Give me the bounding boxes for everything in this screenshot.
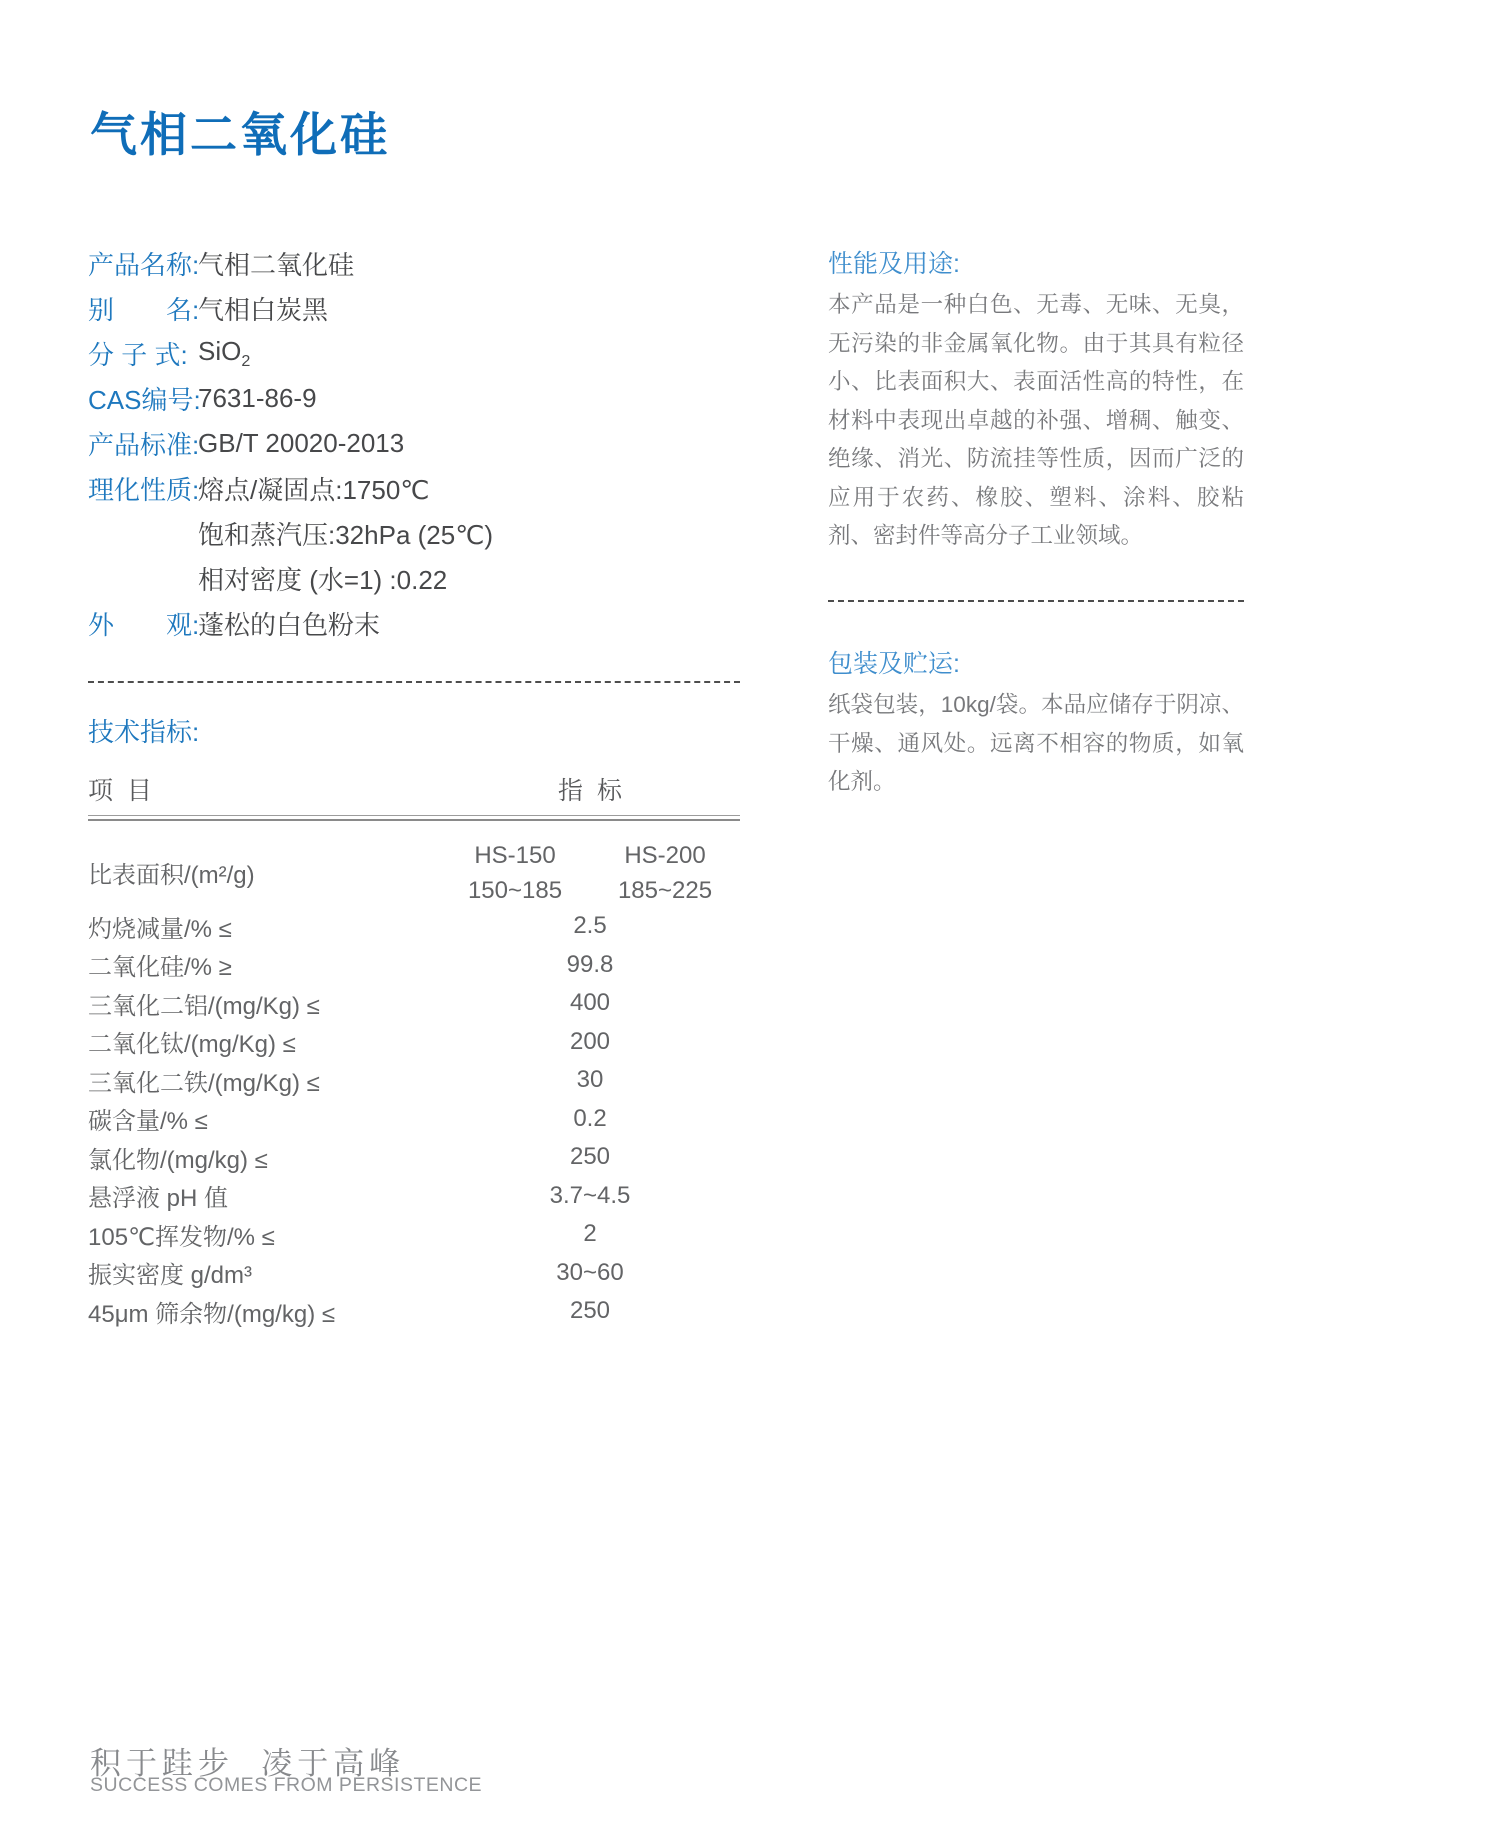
info-row-appearance: 外 观: 蓬松的白色粉末 [88, 601, 748, 646]
table-row: 二氧化硅/% ≥ 99.8 [88, 946, 740, 985]
table-row: 45μm 筛余物/(mg/kg) ≤ 250 [88, 1292, 740, 1331]
row-value: 30 [440, 1066, 740, 1094]
grade-col-hs200: HS-200 185~225 [590, 837, 740, 907]
row-item-label: 比表面积/(m²/g) [88, 855, 440, 890]
row-item-label: 碳含量/% ≤ [88, 1101, 440, 1136]
info-value: 气相白炭黑 [198, 290, 328, 327]
dashed-divider-left [88, 681, 740, 683]
info-label: 产品标准: [88, 425, 198, 462]
table-row: 振实密度 g/dm³ 30~60 [88, 1254, 740, 1293]
row-value: 250 [440, 1143, 740, 1171]
row-value: 400 [440, 989, 740, 1017]
grade-name: HS-200 [590, 837, 740, 875]
row-value: 3.7~4.5 [440, 1182, 740, 1210]
performance-paragraph: 本产品是一种白色、无毒、无味、无臭，无污染的非金属氧化物。由于其具有粒径小、比表… [828, 286, 1244, 556]
section-heading-packaging: 包装及贮运: [828, 644, 960, 680]
table-row-surface-area: 比表面积/(m²/g) HS-150 150~185 HS-200 185~22… [88, 821, 740, 907]
info-value: 饱和蒸汽压:32hPa (25℃) [198, 515, 493, 552]
section-heading-performance: 性能及用途: [828, 244, 960, 280]
spec-table: 项 目 指 标 比表面积/(m²/g) HS-150 150~185 HS-20… [88, 766, 740, 1331]
info-value: SiO2 [198, 336, 250, 371]
page-title: 气相二氧化硅 [90, 98, 390, 165]
table-row: 氯化物/(mg/kg) ≤ 250 [88, 1138, 740, 1177]
table-row: 二氧化钛/(mg/Kg) ≤ 200 [88, 1023, 740, 1062]
spec-table-header: 项 目 指 标 [88, 766, 740, 812]
column-header-value: 指 标 [440, 771, 740, 807]
footer-slogan-english: SUCCESS COMES FROM PERSISTENCE [90, 1774, 482, 1797]
grade-columns: HS-150 150~185 HS-200 185~225 [440, 837, 740, 907]
section-heading-specs: 技术指标: [88, 712, 199, 749]
info-label: CAS编号: [88, 380, 198, 417]
info-row-product-name: 产品名称: 气相二氧化硅 [88, 241, 748, 286]
formula-subscript: 2 [241, 352, 250, 370]
product-info-list: 产品名称: 气相二氧化硅 别 名: 气相白炭黑 分 子 式: SiO2 CAS编… [88, 241, 748, 646]
info-value: 相对密度 (水=1) :0.22 [198, 560, 447, 597]
info-row-cas: CAS编号: 7631-86-9 [88, 376, 748, 421]
grade-col-hs150: HS-150 150~185 [440, 837, 590, 907]
row-item-label: 三氧化二铁/(mg/Kg) ≤ [88, 1063, 440, 1098]
row-item-label: 105℃挥发物/% ≤ [88, 1217, 440, 1252]
info-value: 熔点/凝固点:1750℃ [198, 470, 430, 507]
table-row: 悬浮液 pH 值 3.7~4.5 [88, 1177, 740, 1216]
info-row-relative-density: 相对密度 (水=1) :0.22 [88, 556, 748, 601]
row-item-label: 灼烧减量/% ≤ [88, 909, 440, 944]
grade-name: HS-150 [440, 837, 590, 875]
info-label: 外 观: [88, 605, 198, 642]
info-row-alias: 别 名: 气相白炭黑 [88, 286, 748, 331]
grade-range: 185~225 [590, 875, 740, 907]
table-row: 三氧化二铝/(mg/Kg) ≤ 400 [88, 984, 740, 1023]
row-item-label: 45μm 筛余物/(mg/kg) ≤ [88, 1294, 440, 1329]
row-value: 250 [440, 1297, 740, 1325]
formula-base: SiO [198, 336, 241, 366]
info-value: 蓬松的白色粉末 [198, 605, 380, 642]
info-label: 分 子 式: [88, 335, 198, 372]
row-value: 30~60 [440, 1259, 740, 1287]
row-value: 2 [440, 1220, 740, 1248]
row-item-label: 悬浮液 pH 值 [88, 1178, 440, 1213]
info-label: 产品名称: [88, 245, 198, 282]
info-value: 7631-86-9 [198, 383, 317, 414]
row-item-label: 二氧化硅/% ≥ [88, 947, 440, 982]
dashed-divider-right [828, 600, 1244, 602]
info-label: 别 名: [88, 290, 198, 327]
grade-range: 150~185 [440, 875, 590, 907]
table-row: 105℃挥发物/% ≤ 2 [88, 1215, 740, 1254]
datasheet-page: 气相二氧化硅 产品名称: 气相二氧化硅 别 名: 气相白炭黑 分 子 式: Si… [0, 0, 1491, 1836]
column-header-item: 项 目 [88, 771, 440, 807]
row-item-label: 二氧化钛/(mg/Kg) ≤ [88, 1024, 440, 1059]
row-item-label: 氯化物/(mg/kg) ≤ [88, 1140, 440, 1175]
row-value: 200 [440, 1028, 740, 1056]
row-item-label: 三氧化二铝/(mg/Kg) ≤ [88, 986, 440, 1021]
row-item-label: 振实密度 g/dm³ [88, 1255, 440, 1290]
table-row: 灼烧减量/% ≤ 2.5 [88, 907, 740, 946]
packaging-paragraph: 纸袋包装，10kg/袋。本品应储存于阴凉、干燥、通风处。远离不相容的物质，如氧化… [828, 686, 1244, 802]
table-row: 碳含量/% ≤ 0.2 [88, 1100, 740, 1139]
info-value: GB/T 20020-2013 [198, 428, 404, 459]
table-row: 三氧化二铁/(mg/Kg) ≤ 30 [88, 1061, 740, 1100]
info-row-formula: 分 子 式: SiO2 [88, 331, 748, 376]
row-value: 99.8 [440, 951, 740, 979]
info-row-physchem: 理化性质: 熔点/凝固点:1750℃ [88, 466, 748, 511]
info-row-standard: 产品标准: GB/T 20020-2013 [88, 421, 748, 466]
row-value: 0.2 [440, 1105, 740, 1133]
info-label: 理化性质: [88, 470, 198, 507]
row-value: 2.5 [440, 912, 740, 940]
info-value: 气相二氧化硅 [198, 245, 354, 282]
info-row-vapor-pressure: 饱和蒸汽压:32hPa (25℃) [88, 511, 748, 556]
